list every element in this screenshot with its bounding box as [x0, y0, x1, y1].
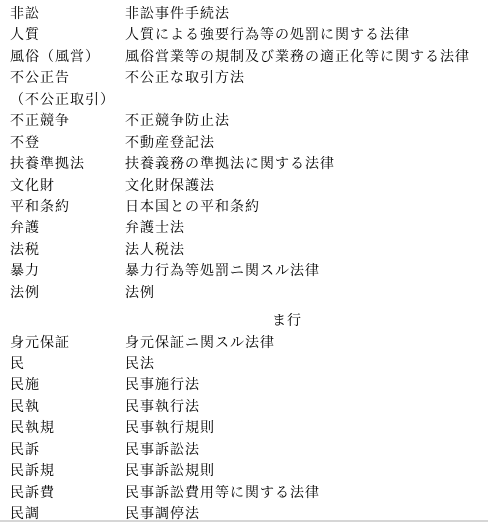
law-name: 民事訴訟法 — [125, 441, 200, 457]
abbreviation-label: 弁護 — [10, 217, 125, 238]
list-item: 身元保証身元保証ニ関スル法律 — [10, 332, 488, 353]
law-abbreviation-glossary: 非訟非訟事件手続法 人質人質による強要行為等の処罰に関する法律 風俗（風営）風俗… — [0, 0, 488, 522]
list-item: 人質人質による強要行為等の処罰に関する法律 — [10, 24, 488, 45]
list-item: 民民法 — [10, 353, 488, 374]
abbreviation-label: 民施 — [10, 374, 125, 395]
abbreviation-label: 民執規 — [10, 417, 125, 438]
law-name: 民法 — [125, 355, 155, 371]
abbreviation-label: 身元保証 — [10, 332, 125, 353]
list-item: 民調民事調停法 — [10, 503, 488, 522]
law-name: 身元保証ニ関スル法律 — [125, 334, 275, 350]
list-item: 暴力暴力行為等処罰ニ関スル法律 — [10, 260, 488, 281]
abbreviation-label: 民 — [10, 353, 125, 374]
abbreviation-label: 法税 — [10, 239, 125, 260]
list-item: 民訴費民事訴訟費用等に関する法律 — [10, 482, 488, 503]
law-name: 弁護士法 — [125, 219, 185, 235]
abbreviation-label: 平和条約 — [10, 196, 125, 217]
abbreviation-label: 民訴規 — [10, 460, 125, 481]
list-item: 法例法例 — [10, 282, 488, 303]
law-name: 扶養義務の準拠法に関する法律 — [125, 155, 335, 171]
abbreviation-label: 不正競争 — [10, 110, 125, 131]
law-name: 民事執行法 — [125, 398, 200, 414]
law-name: 不公正な取引方法 — [125, 69, 245, 85]
list-item: 民施民事施行法 — [10, 374, 488, 395]
list-item: 不公正告不公正な取引方法 — [10, 67, 488, 88]
abbreviation-label: 人質 — [10, 24, 125, 45]
law-name: 法例 — [125, 284, 155, 300]
abbreviation-label: 不登 — [10, 132, 125, 153]
abbreviation-label: （不公正取引） — [10, 89, 125, 110]
law-name: 人質による強要行為等の処罰に関する法律 — [125, 26, 410, 42]
list-item: （不公正取引） — [10, 89, 488, 110]
list-item: 民訴規民事訴訟規則 — [10, 460, 488, 481]
list-item: 民訴民事訴訟法 — [10, 439, 488, 460]
abbreviation-label: 法例 — [10, 282, 125, 303]
law-name: 法人税法 — [125, 241, 185, 257]
section-heading: ま行 — [10, 310, 488, 331]
list-item: 平和条約日本国との平和条約 — [10, 196, 488, 217]
list-item: 非訟非訟事件手続法 — [10, 3, 488, 24]
abbreviation-label: 暴力 — [10, 260, 125, 281]
law-name: 不正競争防止法 — [125, 112, 230, 128]
law-name: 民事施行法 — [125, 376, 200, 392]
law-name: 非訟事件手続法 — [125, 5, 230, 21]
abbreviation-label: 民訴 — [10, 439, 125, 460]
list-item: 不正競争不正競争防止法 — [10, 110, 488, 131]
list-item: 民執規民事執行規則 — [10, 417, 488, 438]
abbreviation-label: 不公正告 — [10, 67, 125, 88]
law-name: 風俗営業等の規制及び業務の適正化等に関する法律 — [125, 48, 470, 64]
law-name: 文化財保護法 — [125, 177, 215, 193]
list-item: 文化財文化財保護法 — [10, 175, 488, 196]
list-item: 不登不動産登記法 — [10, 132, 488, 153]
law-name: 不動産登記法 — [125, 134, 215, 150]
list-item: 民執民事執行法 — [10, 396, 488, 417]
law-name: 民事調停法 — [125, 505, 200, 521]
list-item: 弁護弁護士法 — [10, 217, 488, 238]
abbreviation-label: 文化財 — [10, 175, 125, 196]
section-gap — [10, 303, 488, 310]
abbreviation-label: 民執 — [10, 396, 125, 417]
abbreviation-label: 民調 — [10, 503, 125, 522]
list-item: 扶養準拠法扶養義務の準拠法に関する法律 — [10, 153, 488, 174]
law-name: 民事訴訟費用等に関する法律 — [125, 484, 320, 500]
abbreviation-label: 風俗（風営） — [10, 46, 125, 67]
law-name: 民事執行規則 — [125, 419, 215, 435]
glossary-list: 非訟非訟事件手続法 人質人質による強要行為等の処罰に関する法律 風俗（風営）風俗… — [10, 3, 488, 522]
list-item: 法税法人税法 — [10, 239, 488, 260]
law-name: 日本国との平和条約 — [125, 198, 260, 214]
abbreviation-label: 民訴費 — [10, 482, 125, 503]
law-name: 暴力行為等処罰ニ関スル法律 — [125, 262, 320, 278]
law-name: 民事訴訟規則 — [125, 462, 215, 478]
abbreviation-label: 扶養準拠法 — [10, 153, 125, 174]
list-item: 風俗（風営）風俗営業等の規制及び業務の適正化等に関する法律 — [10, 46, 488, 67]
abbreviation-label: 非訟 — [10, 3, 125, 24]
